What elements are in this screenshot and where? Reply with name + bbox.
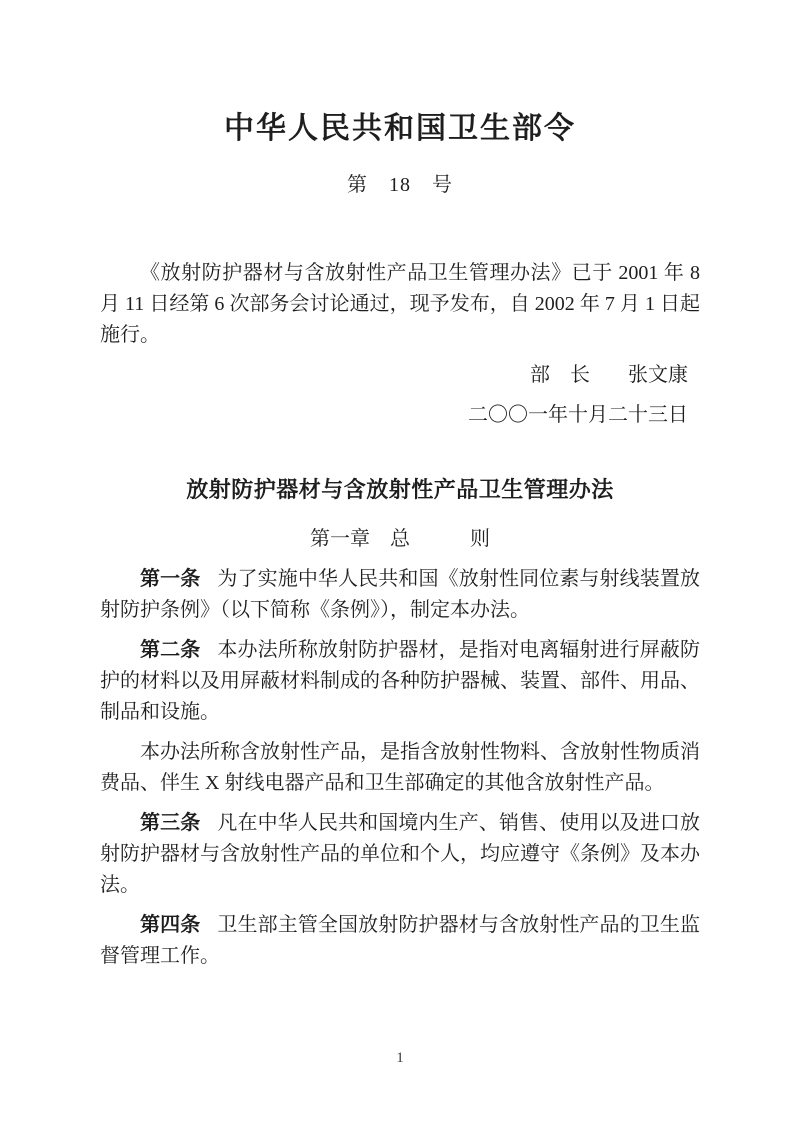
page-number: 1: [0, 1050, 800, 1067]
article-paragraph-2: 第二条本办法所称放射防护器材，是指对电离辐射进行屏蔽防护的材料以及用屏蔽材料制成…: [100, 635, 700, 728]
decree-number: 第 18 号: [100, 170, 700, 200]
signer-title: 部 长: [530, 364, 590, 386]
article-2-continuation-text: 本办法所称含放射性产品，是指含放射性物料、含放射性物质消费品、伴生 X 射线电器…: [100, 741, 700, 794]
article-paragraph-4: 第四条卫生部主管全国放射防护器材与含放射性产品的卫生监督管理工作。: [100, 910, 700, 972]
article-2-continuation-paragraph: 本办法所称含放射性产品，是指含放射性物料、含放射性物质消费品、伴生 X 射线电器…: [100, 737, 700, 799]
chapter-heading: 第一章 总 则: [100, 524, 700, 555]
signer-name: 张文康: [628, 364, 688, 386]
document-page: 中华人民共和国卫生部令 第 18 号 《放射防护器材与含放射性产品卫生管理办法》…: [0, 0, 800, 1131]
signature-line: 部 长张文康: [100, 360, 700, 391]
article-2-label: 第二条: [140, 639, 200, 661]
article-paragraph-1: 第一条为了实施中华人民共和国《放射性同位素与射线装置放射防护条例》（以下简称《条…: [100, 564, 700, 626]
decree-title: 中华人民共和国卫生部令: [100, 108, 700, 150]
document-content: 中华人民共和国卫生部令 第 18 号 《放射防护器材与含放射性产品卫生管理办法》…: [0, 0, 800, 972]
decree-date: 二〇〇一年十月二十三日: [100, 400, 700, 431]
article-4-label: 第四条: [140, 914, 200, 936]
article-1-label: 第一条: [140, 568, 200, 590]
regulation-title: 放射防护器材与含放射性产品卫生管理办法: [100, 473, 700, 507]
announcement-paragraph: 《放射防护器材与含放射性产品卫生管理办法》已于 2001 年 8 月 11 日经…: [100, 258, 700, 351]
article-paragraph-3: 第三条凡在中华人民共和国境内生产、销售、使用以及进口放射防护器材与含放射性产品的…: [100, 808, 700, 901]
article-3-label: 第三条: [140, 812, 200, 834]
